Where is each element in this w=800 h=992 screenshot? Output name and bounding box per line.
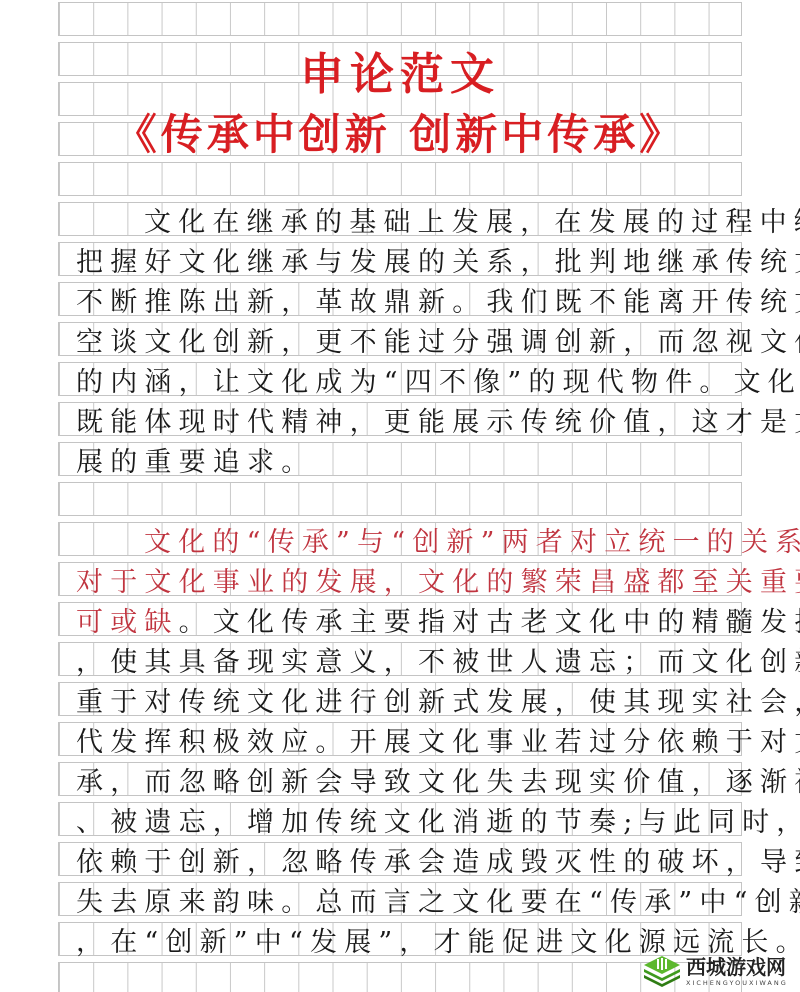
paragraph2-line: 失去原来韵味。总而言之文化要在“传承”中“创新” — [58, 882, 742, 916]
paragraph2-highlight-line: 文化的“传承”与“创新”两者对立统一的关系， — [58, 522, 742, 556]
paragraph2-text: 。文化传承主要指对古老文化中的精髓发扬光大 — [179, 600, 800, 639]
paragraph2-highlight-text: 可或缺 — [76, 600, 179, 639]
grid-row — [58, 482, 742, 516]
paragraph1-line: 空谈文化创新，更不能过分强调创新，而忽视文化本身 — [58, 322, 742, 356]
paragraph2-line: 承，而忽略创新会导致文化失去现实价值，逐渐被孤立 — [58, 762, 742, 796]
paragraph2-mixed-line: 可或缺。文化传承主要指对古老文化中的精髓发扬光大 — [58, 602, 742, 636]
paragraph1-line: 展的重要追求。 — [58, 442, 742, 476]
watermark-pinyin: XICHENGYOUXIWANG — [686, 979, 788, 987]
paragraph2-line: 代发挥积极效应。开展文化事业若过分依赖于对文化传 — [58, 722, 742, 756]
paragraph1-line: 不断推陈出新，革故鼎新。我们既不能离开传统文化， — [58, 282, 742, 316]
grid-row — [58, 962, 742, 992]
watermark-name: 西城游戏网 — [686, 955, 788, 979]
grid-row — [58, 2, 742, 36]
paragraph2-line: ，在“创新”中“发展”，才能促进文化源远流长。 — [58, 922, 742, 956]
paragraph1-line: 文化在继承的基础上发展，在发展的过程中继承。 — [58, 202, 742, 236]
grid-paper: 申论范文 《传承中创新 创新中传承》 文化在继承的基础上发展，在发展的过程中继承… — [58, 2, 742, 992]
essay-title: 《传承中创新 创新中传承》 — [58, 102, 742, 162]
paragraph2-line: ，使其具备现实意义，不被世人遗忘；而文化创新更侧 — [58, 642, 742, 676]
paragraph1-line: 把握好文化继承与发展的关系，批判地继承传统文化， — [58, 242, 742, 276]
paragraph2-line: 重于对传统文化进行创新式发展，使其现实社会，在当 — [58, 682, 742, 716]
page-title: 申论范文 — [58, 38, 742, 102]
paragraph2-highlight-line: 对于文化事业的发展，文化的繁荣昌盛都至关重要、不 — [58, 562, 742, 596]
paragraph2-line: 、被遗忘，增加传统文化消逝的节奏;与此同时，若过分 — [58, 802, 742, 836]
green-layered-logo-icon — [642, 954, 682, 988]
paragraph2-line: 依赖于创新，忽略传承会造成毁灭性的破坏，导致文化 — [58, 842, 742, 876]
watermark: 西城游戏网 XICHENGYOUXIWANG — [642, 950, 800, 992]
grid-row — [58, 162, 742, 196]
paragraph1-line: 的内涵，让文化成为“四不像”的现代物件。文化应该 — [58, 362, 742, 396]
paragraph1-line: 既能体现时代精神，更能展示传统价值，这才是文化发 — [58, 402, 742, 436]
